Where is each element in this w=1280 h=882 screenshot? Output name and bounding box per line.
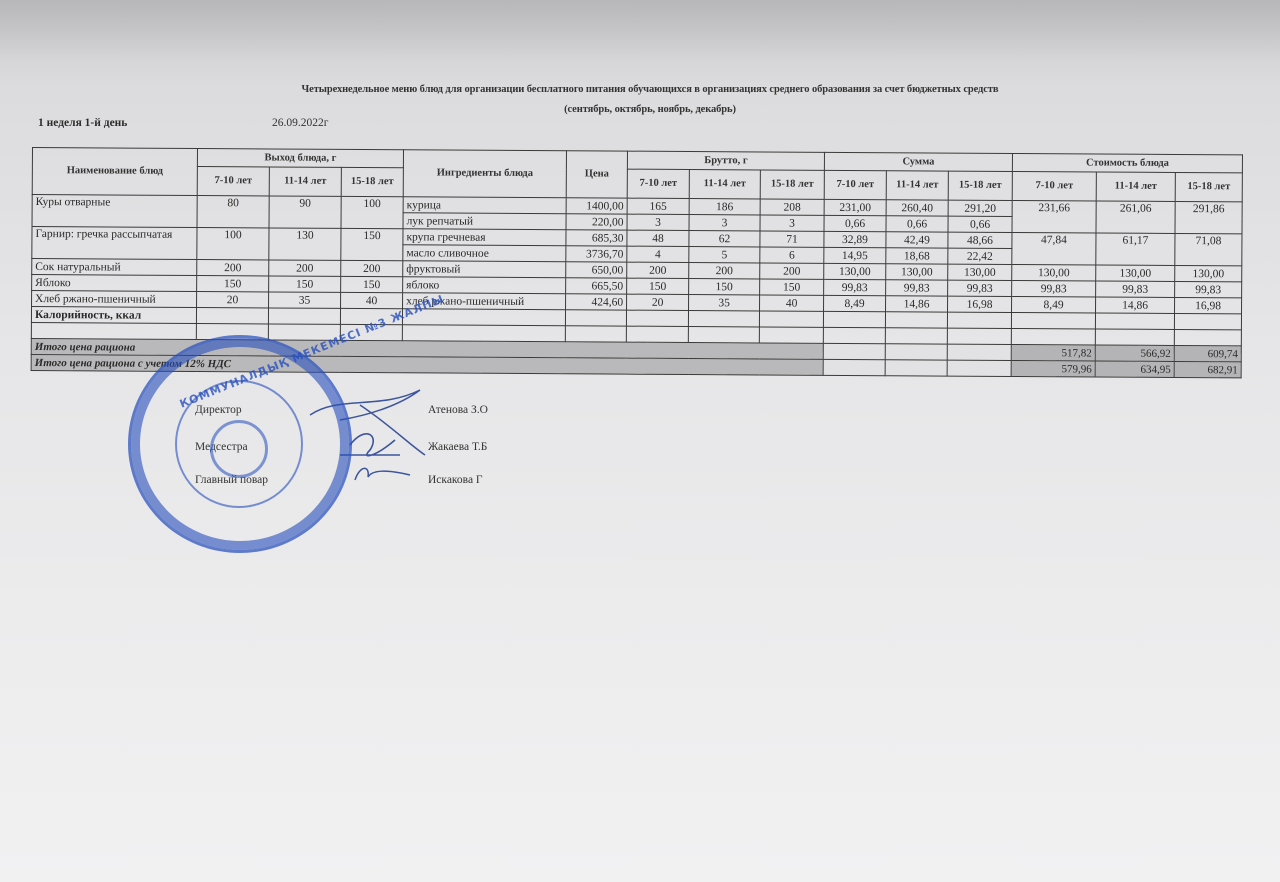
- sum-value: 130,00: [948, 264, 1012, 280]
- sum-value: 99,83: [824, 279, 886, 295]
- ingredient-price: 3736,70: [566, 246, 627, 262]
- total-value: 609,74: [1174, 345, 1241, 361]
- header-age: 15-18 лет: [948, 171, 1012, 200]
- output-value: 80: [197, 196, 269, 228]
- brutto-value: 40: [760, 295, 824, 311]
- ingredient-price: 1400,00: [566, 198, 627, 214]
- sum-value: 14,95: [824, 247, 886, 263]
- cost-value: 231,66: [1012, 200, 1096, 233]
- sum-value: 22,42: [948, 248, 1012, 264]
- brutto-value: 200: [760, 263, 824, 279]
- ingredient-name: крупа гречневая: [403, 229, 566, 246]
- brutto-value: 200: [689, 263, 760, 279]
- cost-value: 130,00: [1175, 265, 1242, 281]
- cost-value: 99,83: [1096, 281, 1175, 297]
- sum-value: 42,49: [886, 232, 948, 248]
- total-value: 566,92: [1095, 345, 1174, 361]
- brutto-value: 208: [760, 199, 824, 215]
- cost-value: 47,84: [1012, 232, 1096, 265]
- sum-value: 260,40: [886, 200, 948, 216]
- header-age: 15-18 лет: [760, 170, 824, 199]
- photo-edge-shadow: [0, 0, 1280, 60]
- sum-value: 18,68: [886, 248, 948, 264]
- brutto-value: 3: [627, 214, 689, 230]
- dish-name: Хлеб ржано-пшеничный: [32, 291, 197, 308]
- brutto-value: 35: [689, 295, 760, 311]
- brutto-value: 165: [627, 198, 689, 214]
- sum-value: 231,00: [824, 199, 886, 215]
- ingredient-name: лук репчатый: [403, 213, 566, 230]
- total-vat-value: 634,95: [1095, 361, 1174, 377]
- cost-value: 8,49: [1012, 296, 1096, 313]
- output-value: 35: [269, 292, 341, 308]
- header-age: 11-14 лет: [269, 167, 341, 196]
- cost-value: 261,06: [1096, 201, 1175, 233]
- signature-name-chef: Искакова Г: [428, 474, 483, 486]
- signature-role-chef: Главный повар: [195, 474, 268, 486]
- signature-role-nurse: Медсестра: [195, 441, 248, 453]
- menu-date: 26.09.2022г: [272, 117, 328, 129]
- output-value: 100: [341, 196, 403, 228]
- header-brutto: Брутто, г: [627, 151, 824, 170]
- ingredient-price: 424,60: [566, 294, 627, 310]
- document-title: Четырехнедельное меню блюд для организац…: [0, 84, 1280, 95]
- header-age: 11-14 лет: [886, 171, 948, 200]
- document-subtitle: (сентябрь, октябрь, ноябрь, декабрь): [0, 104, 1280, 115]
- ingredient-name: масло сливочное: [403, 245, 566, 262]
- header-output: Выход блюда, г: [197, 149, 403, 168]
- week-day-label: 1 неделя 1-й день: [38, 117, 127, 129]
- total-value: 517,82: [1011, 344, 1095, 361]
- brutto-value: 6: [760, 247, 824, 263]
- brutto-value: 186: [689, 199, 760, 215]
- signature-name-nurse: Жакаева Т.Б: [428, 441, 487, 453]
- output-value: 90: [269, 196, 341, 228]
- brutto-value: 150: [689, 279, 760, 295]
- header-age: 11-14 лет: [1096, 172, 1175, 201]
- sum-value: 0,66: [948, 216, 1012, 232]
- signature-role-director: Директор: [195, 404, 242, 416]
- brutto-value: 71: [760, 231, 824, 247]
- cost-value: 61,17: [1096, 233, 1175, 265]
- ingredient-price: 685,30: [566, 230, 627, 246]
- header-cost: Стоимость блюда: [1012, 153, 1242, 172]
- brutto-value: 150: [760, 279, 824, 295]
- header-age: 7-10 лет: [627, 169, 689, 198]
- signature-name-director: Атенова З.О: [428, 404, 488, 416]
- ingredient-name: яблоко: [403, 277, 566, 294]
- cost-value: 130,00: [1096, 265, 1175, 281]
- sum-value: 0,66: [886, 216, 948, 232]
- sum-value: 99,83: [886, 280, 948, 296]
- sum-value: 130,00: [886, 264, 948, 280]
- cost-value: 99,83: [1175, 281, 1242, 297]
- sum-value: 48,66: [948, 232, 1012, 248]
- sum-value: 291,20: [948, 200, 1012, 216]
- output-value: 20: [197, 292, 269, 308]
- ingredient-price: 650,00: [566, 262, 627, 278]
- output-value: 100: [197, 228, 269, 260]
- cost-value: 291,86: [1175, 201, 1242, 233]
- header-ingredients: Ингредиенты блюда: [403, 150, 566, 198]
- brutto-value: 3: [689, 215, 760, 231]
- output-value: 150: [197, 276, 269, 292]
- cost-value: 14,86: [1096, 297, 1175, 313]
- header-price: Цена: [566, 151, 627, 198]
- ingredient-name: фруктовый: [403, 261, 566, 278]
- output-value: 150: [269, 276, 341, 292]
- cost-value: 71,08: [1175, 233, 1242, 265]
- dish-name: Куры отварные: [32, 195, 197, 228]
- sum-value: 16,98: [948, 296, 1012, 312]
- handwritten-signature: [300, 385, 440, 495]
- header-age: 11-14 лет: [689, 170, 760, 199]
- cost-value: 16,98: [1175, 297, 1242, 313]
- brutto-value: 20: [627, 294, 689, 310]
- output-value: 200: [341, 260, 403, 276]
- ingredient-price: 220,00: [566, 214, 627, 230]
- brutto-value: 200: [627, 262, 689, 278]
- menu-table: Наименование блюд Выход блюда, г Ингреди…: [31, 147, 1243, 378]
- ingredient-name: курица: [403, 197, 566, 214]
- brutto-value: 3: [760, 215, 824, 231]
- brutto-value: 150: [627, 278, 689, 294]
- dish-name: Яблоко: [32, 275, 197, 292]
- sum-value: 32,89: [824, 231, 886, 247]
- header-age: 15-18 лет: [1175, 172, 1242, 201]
- ingredient-name: хлеб ржано-пшеничный: [403, 293, 566, 310]
- brutto-value: 5: [689, 247, 760, 263]
- output-value: 150: [341, 228, 403, 260]
- brutto-value: 48: [627, 230, 689, 246]
- sum-value: 8,49: [824, 295, 886, 311]
- cost-value: 99,83: [1012, 280, 1096, 297]
- header-age: 7-10 лет: [824, 170, 886, 199]
- output-value: 130: [269, 228, 341, 260]
- dish-name: Сок натуральный: [32, 259, 197, 276]
- ingredient-price: 665,50: [566, 278, 627, 294]
- header-age: 7-10 лет: [197, 167, 269, 196]
- output-value: 150: [341, 276, 403, 292]
- output-value: 200: [269, 260, 341, 276]
- dish-name: Гарнир: гречка рассыпчатая: [32, 227, 197, 260]
- calories-label: Калорийность, ккал: [31, 307, 196, 324]
- header-age: 15-18 лет: [341, 167, 403, 196]
- header-dish: Наименование блюд: [32, 148, 197, 196]
- total-vat-value: 579,96: [1011, 360, 1095, 377]
- brutto-value: 4: [627, 246, 689, 262]
- sum-value: 130,00: [824, 263, 886, 279]
- output-value: 200: [197, 260, 269, 276]
- output-value: 40: [341, 292, 403, 308]
- header-age: 7-10 лет: [1012, 171, 1096, 201]
- sum-value: 0,66: [824, 215, 886, 231]
- sum-value: 14,86: [886, 296, 948, 312]
- sum-value: 99,83: [948, 280, 1012, 296]
- brutto-value: 62: [689, 231, 760, 247]
- cost-value: 130,00: [1012, 264, 1096, 281]
- total-vat-value: 682,91: [1174, 361, 1241, 377]
- header-sum: Сумма: [824, 152, 1012, 171]
